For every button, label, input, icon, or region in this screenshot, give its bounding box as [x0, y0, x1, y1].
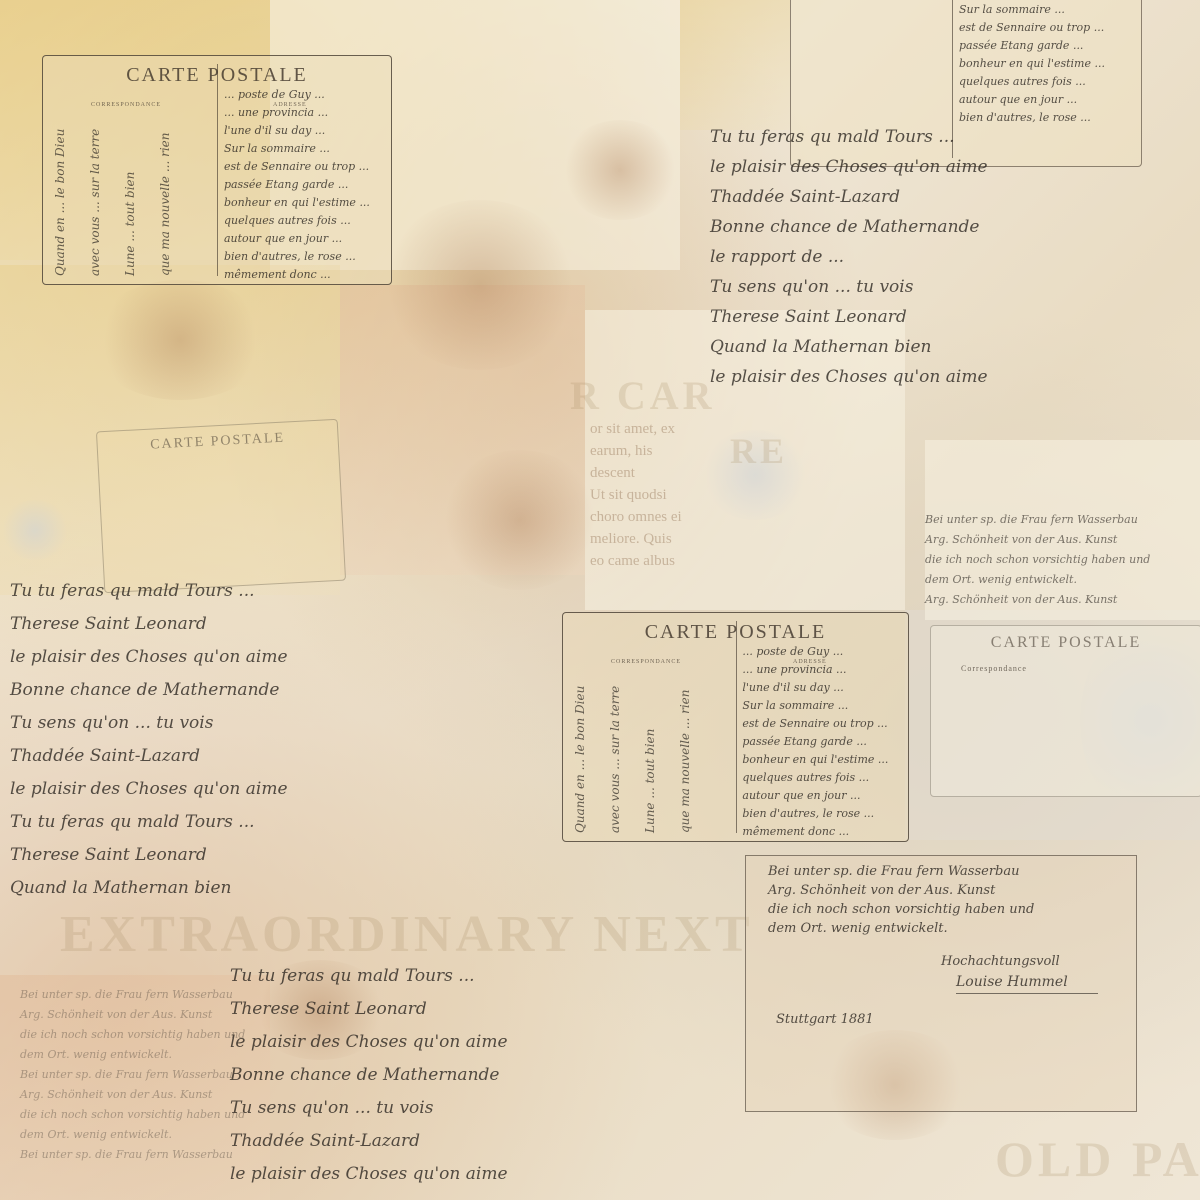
script-line: die ich noch schon vorsichtig haben und — [20, 1105, 245, 1125]
faded-banner: EXTRAORDINARY NEXT — [60, 905, 754, 964]
script-line: bonheur en qui l'estime ... — [224, 194, 385, 212]
script-line: autour que en jour ... — [224, 230, 385, 248]
script-line: ... poste de Guy ... — [742, 643, 902, 661]
script-line: est de Sennaire ou trop ... — [959, 19, 1135, 37]
postcard-script-lines: ... poste de Guy ... ... une provincia .… — [224, 86, 385, 278]
script-line: le plaisir des Choses qu'on aime — [710, 362, 988, 392]
script-line: Bei unter sp. die Frau fern Wasserbau — [20, 1145, 245, 1165]
postcard-vertical-script: avec vous ... sur la terre — [608, 633, 622, 833]
latin-line: earum, his — [590, 440, 682, 462]
letter-body: Bei unter sp. die Frau fern Wasserbau Ar… — [768, 862, 1034, 938]
script-line: quelques autres fois ... — [224, 212, 385, 230]
postcard-divider — [217, 64, 218, 276]
script-line: l'une d'il su day ... — [742, 679, 902, 697]
script-block-left: Tu tu feras qu mald Tours ... Therese Sa… — [10, 575, 288, 905]
script-line: Arg. Schönheit von der Aus. Kunst — [20, 1005, 245, 1025]
faded-corner-text: OLD PA — [995, 1130, 1200, 1188]
faded-latin-text: or sit amet, ex earum, his descent Ut si… — [590, 418, 682, 572]
coffee-stain — [560, 120, 680, 220]
letter-line: Bei unter sp. die Frau fern Wasserbau — [768, 862, 1034, 881]
script-line: mêmement donc ... — [224, 266, 385, 284]
script-block-bottom: Tu tu feras qu mald Tours ... Therese Sa… — [230, 960, 508, 1191]
script-line: Sur la sommaire ... — [224, 140, 385, 158]
postcard-vertical-script: Lune ... tout bien — [643, 633, 657, 833]
script-line: autour que en jour ... — [742, 787, 902, 805]
latin-line: meliore. Quis — [590, 528, 682, 550]
script-line: Quand la Mathernan bien — [10, 872, 288, 905]
script-line: Bonne chance de Mathernande — [10, 674, 288, 707]
latin-line: descent — [590, 462, 682, 484]
script-line: Tu sens qu'on ... tu vois — [10, 707, 288, 740]
faint-script-bottom-left: Bei unter sp. die Frau fern Wasserbau Ar… — [20, 985, 245, 1165]
script-line: Tu tu feras qu mald Tours ... — [230, 960, 508, 993]
faint-script-right: Bei unter sp. die Frau fern Wasserbau Ar… — [925, 510, 1150, 610]
script-line: Tu tu feras qu mald Tours ... — [10, 806, 288, 839]
latin-line: eo came albus — [590, 550, 682, 572]
yellow-paper-panel-3 — [680, 0, 790, 130]
script-line: Therese Saint Leonard — [10, 608, 288, 641]
script-line: Thaddée Saint-Lazard — [10, 740, 288, 773]
latin-line: Ut sit quodsi — [590, 484, 682, 506]
script-line: le plaisir des Choses qu'on aime — [710, 152, 988, 182]
script-line: passée Etang garde ... — [959, 37, 1135, 55]
script-line: Thaddée Saint-Lazard — [230, 1125, 508, 1158]
coffee-stain — [380, 200, 580, 370]
script-line: dem Ort. wenig entwickelt. — [20, 1125, 245, 1145]
script-line: Tu tu feras qu mald Tours ... — [710, 122, 988, 152]
script-line: dem Ort. wenig entwickelt. — [925, 570, 1150, 590]
script-line: est de Sennaire ou trop ... — [224, 158, 385, 176]
script-line: bien d'autres, le rose ... — [742, 805, 902, 823]
postcard-right-faded: CARTE POSTALE Correspondance — [930, 625, 1200, 797]
postcard-vertical-script: Lune ... tout bien — [123, 76, 137, 276]
postcard-vertical-script: Quand en ... le bon Dieu — [573, 633, 587, 833]
latin-line: choro omnes ei — [590, 506, 682, 528]
faded-car-heading: R CAR — [570, 372, 716, 419]
script-line: Quand la Mathernan bien — [710, 332, 988, 362]
postcard-vertical-script: que ma nouvelle ... rien — [678, 633, 692, 833]
script-line: Tu sens qu'on ... tu vois — [710, 272, 988, 302]
script-line: l'une d'il su day ... — [224, 122, 385, 140]
script-line: Bei unter sp. die Frau fern Wasserbau — [20, 1065, 245, 1085]
script-line: Therese Saint Leonard — [710, 302, 988, 332]
script-line: le plaisir des Choses qu'on aime — [10, 641, 288, 674]
script-block-top-right: Tu tu feras qu mald Tours ... le plaisir… — [710, 122, 988, 392]
script-line: ... une provincia ... — [224, 104, 385, 122]
script-line: quelques autres fois ... — [959, 73, 1135, 91]
postcard-script-lines: ... poste de Guy ... ... une provincia .… — [742, 643, 902, 835]
postcard-vertical-script: que ma nouvelle ... rien — [158, 76, 172, 276]
script-line: le plaisir des Choses qu'on aime — [230, 1158, 508, 1191]
script-line: le plaisir des Choses qu'on aime — [230, 1026, 508, 1059]
script-line: Bonne chance de Mathernande — [230, 1059, 508, 1092]
script-line: Tu sens qu'on ... tu vois — [230, 1092, 508, 1125]
script-line: Bei unter sp. die Frau fern Wasserbau — [925, 510, 1150, 530]
postcard-divider — [736, 621, 737, 833]
script-line: le plaisir des Choses qu'on aime — [10, 773, 288, 806]
script-line: ... poste de Guy ... — [224, 86, 385, 104]
script-line: Arg. Schönheit von der Aus. Kunst — [925, 530, 1150, 550]
coffee-stain — [90, 280, 270, 400]
latin-line: or sit amet, ex — [590, 418, 682, 440]
script-line: Tu tu feras qu mald Tours ... — [10, 575, 288, 608]
script-line: le rapport de ... — [710, 242, 988, 272]
script-line: Arg. Schönheit von der Aus. Kunst — [20, 1085, 245, 1105]
script-line: passée Etang garde ... — [224, 176, 385, 194]
postcard-title: CARTE POSTALE — [97, 428, 338, 457]
letter-line: die ich noch schon vorsichtig haben und — [768, 900, 1034, 919]
handwritten-letter: Bei unter sp. die Frau fern Wasserbau Ar… — [745, 855, 1137, 1112]
postcard-left-label: Correspondance — [961, 664, 1027, 673]
script-line: bonheur en qui l'estime ... — [959, 55, 1135, 73]
script-line: quelques autres fois ... — [742, 769, 902, 787]
letter-line: Arg. Schönheit von der Aus. Kunst — [768, 881, 1034, 900]
script-line: dem Ort. wenig entwickelt. — [20, 1045, 245, 1065]
script-line: Bonne chance de Mathernande — [710, 212, 988, 242]
letter-line: dem Ort. wenig entwickelt. — [768, 919, 1034, 938]
script-line: ... une provincia ... — [742, 661, 902, 679]
script-line: autour que en jour ... — [959, 91, 1135, 109]
script-line: bien d'autres, le rose ... — [224, 248, 385, 266]
script-line: die ich noch schon vorsichtig haben und — [20, 1025, 245, 1045]
script-line: Sur la sommaire ... — [959, 1, 1135, 19]
script-line: die ich noch schon vorsichtig haben und — [925, 550, 1150, 570]
letter-signature: Louise Hummel — [956, 971, 1098, 994]
faded-re-heading: RE — [730, 430, 788, 472]
script-line: Thaddée Saint-Lazard — [710, 182, 988, 212]
script-line: Therese Saint Leonard — [10, 839, 288, 872]
script-line: Sur la sommaire ... — [742, 697, 902, 715]
script-line: Arg. Schönheit von der Aus. Kunst — [925, 590, 1150, 610]
script-line: bonheur en qui l'estime ... — [742, 751, 902, 769]
water-splash — [0, 500, 70, 560]
postcard-title: CARTE POSTALE — [931, 634, 1200, 652]
script-line: Bei unter sp. die Frau fern Wasserbau — [20, 985, 245, 1005]
script-line: mêmement donc ... — [742, 823, 902, 841]
script-line: est de Sennaire ou trop ... — [742, 715, 902, 733]
postcard-tilted-faded: CARTE POSTALE — [96, 419, 346, 593]
script-line: Therese Saint Leonard — [230, 993, 508, 1026]
postcard-top-left: CARTE POSTALE CORRESPONDANCE ADRESSE Qua… — [42, 55, 392, 285]
postcard-middle: CARTE POSTALE CORRESPONDANCE ADRESSE Qua… — [562, 612, 909, 842]
letter-date-note: Stuttgart 1881 — [776, 1006, 874, 1034]
coffee-stain — [440, 450, 600, 590]
postcard-vertical-script: avec vous ... sur la terre — [88, 76, 102, 276]
postcard-vertical-script: Quand en ... le bon Dieu — [53, 76, 67, 276]
script-line: passée Etang garde ... — [742, 733, 902, 751]
